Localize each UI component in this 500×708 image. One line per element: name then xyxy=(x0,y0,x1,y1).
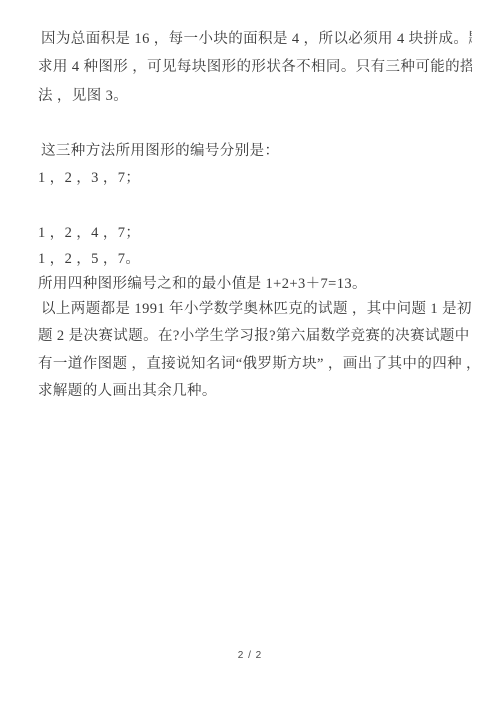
text-line: 1 ，2 ，4 ，7； xyxy=(38,223,472,243)
text-line: 1 ，2 ，3 ，7； xyxy=(38,168,472,188)
text-line: 法 ，见图 3。 xyxy=(38,86,472,106)
text-line: 因为总面积是 16 ，每一小块的面积是 4 ，所以必须用 4 块拼成。题目要 xyxy=(38,29,472,49)
text-line: 1 ，2 ，5 ，7。 xyxy=(38,249,472,269)
text-line: 以上两题都是 1991 年小学数学奥林匹克的试题 ，其中问题 1 是初赛试题 ，… xyxy=(38,299,472,319)
page-number: 2 / 2 xyxy=(0,650,500,661)
text-line: 有一道作图题 ，直接说知名词“俄罗斯方块” ，画出了其中的四种 ，要 xyxy=(38,354,472,374)
text-line: 这三种方法所用图形的编号分别是： xyxy=(38,141,472,161)
text-line: 所用四种图形编号之和的最小值是 1+2+3＋7=13。 xyxy=(38,274,472,294)
text-line: 求用 4 种图形 ，可见每块图形的形状各不相同。只有三种可能的搭配方 xyxy=(38,57,472,77)
text-line: 题 2 是决赛试题。在?小学生学习报?第六届数学竞赛的决赛试题中 ，还 xyxy=(38,326,472,346)
text-line: 求解题的人画出其余几种。 xyxy=(38,381,472,401)
document-page: 因为总面积是 16 ，每一小块的面积是 4 ，所以必须用 4 块拼成。题目要 求… xyxy=(0,0,500,708)
